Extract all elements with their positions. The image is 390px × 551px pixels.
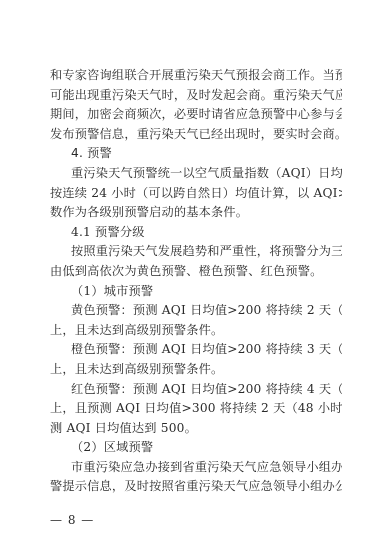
paragraph-line: 期间，加密会商频次，必要时请省应急预警中心参与会商。未: [50, 105, 342, 125]
paragraph-line: 数作为各级别预警启动的基本条件。: [50, 203, 342, 223]
paragraph-line-red-warning: 红色预警：预测 AQI 日均值>200 将持续 4 天（96 小时）以: [50, 380, 342, 400]
paragraph-line: 上，且未达到高级别预警条件。: [50, 321, 342, 341]
item-heading-regional-warning: （2）区域预警: [50, 438, 342, 458]
paragraph-line: 由低到高依次为黄色预警、橙色预警、红色预警。: [50, 262, 342, 282]
section-heading-warning: 4. 预警: [50, 144, 342, 164]
paragraph-line-orange-warning: 橙色预警：预测 AQI 日均值>200 将持续 3 天（72 小时）以: [50, 340, 342, 360]
paragraph-line: 上，且预测 AQI 日均值>300 将持续 2 天（48 小时）以上；或预: [50, 399, 342, 419]
paragraph-line: 和专家咨询组联合开展重污染天气预报会商工作。当预报未来: [50, 66, 342, 86]
item-heading-city-warning: （1）城市预警: [50, 282, 342, 302]
paragraph-line: 按照重污染天气发展趋势和严重性，将预警分为三个等级，: [50, 242, 342, 262]
paragraph-line: 警提示信息，及时按照省重污染天气应急领导小组办公室预警: [50, 477, 342, 497]
page-number: — 8 —: [50, 512, 94, 528]
paragraph-line: 按连续 24 小时（可以跨自然日）均值计算，以 AQI>200 持续天: [50, 184, 342, 204]
paragraph-line: 可能出现重污染天气时，及时发起会商。重污染天气应急响应: [50, 86, 342, 106]
paragraph-line: 测 AQI 日均值达到 500。: [50, 419, 342, 439]
paragraph-line: 发布预警信息，重污染天气已经出现时，要实时会商。: [50, 125, 342, 145]
subsection-heading-warning-levels: 4.1 预警分级: [50, 223, 342, 243]
paragraph-line-yellow-warning: 黄色预警：预测 AQI 日均值>200 将持续 2 天（48 小时）以: [50, 301, 342, 321]
paragraph-line: 市重污染应急办接到省重污染天气应急领导小组办公室预: [50, 458, 342, 478]
paragraph-line: 重污染天气预警统一以空气质量指数（AQI）日均值为指标，: [50, 164, 342, 184]
document-body: 和专家咨询组联合开展重污染天气预报会商工作。当预报未来 可能出现重污染天气时，及…: [50, 66, 342, 497]
paragraph-line: 上，且未达到高级别预警条件。: [50, 360, 342, 380]
